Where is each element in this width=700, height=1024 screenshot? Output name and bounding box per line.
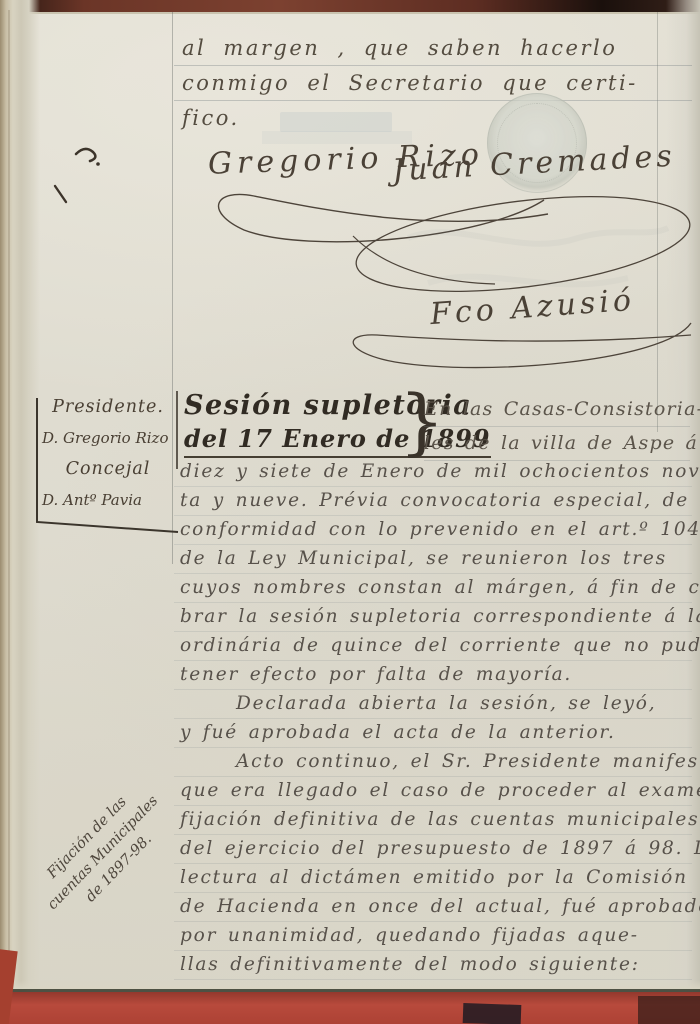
manuscript-line: de la Ley Municipal, se reunieron los tr… xyxy=(174,545,692,574)
officials-margin-note: Presidente. D. Gregorio Rizo Concejal D.… xyxy=(42,392,174,516)
session-heading-line1: Sesión supletoria xyxy=(184,388,414,424)
manuscript-line: cuyos nombres constan al márgen, á fin d… xyxy=(174,574,692,603)
continuation-text: al margen , que saben hacerlo conmigo el… xyxy=(174,31,692,136)
margin-note-line: cuentas Municipales xyxy=(29,777,177,929)
body-intro-column: En las Casas-Consistoria- les de la vill… xyxy=(424,393,690,461)
manuscript-line: por unanimidad, quedando fijadas aque- xyxy=(174,922,692,951)
manuscript-line: llas definitivamente del modo siguiente: xyxy=(174,951,692,980)
cover-dark-patch xyxy=(638,996,700,1024)
manuscript-line: Declarada abierta la sesión, se leyó, xyxy=(174,690,692,719)
manuscript-line: al margen , que saben hacerlo xyxy=(174,31,692,66)
faint-stamp xyxy=(280,112,392,132)
manuscript-line: tener efecto por falta de mayoría. xyxy=(174,661,692,690)
cover-dark-patch xyxy=(463,1003,522,1024)
manuscript-line: conformidad con lo prevenido en el art.º… xyxy=(174,516,692,545)
manuscript-scan: al margen , que saben hacerlo conmigo el… xyxy=(0,0,700,1024)
manuscript-line: En las Casas-Consistoria- xyxy=(424,393,690,427)
manuscript-line: y fué aprobada el acta de la anterior. xyxy=(174,719,692,748)
official-title: Concejal xyxy=(42,454,174,485)
manuscript-line: que era llegado el caso de proceder al e… xyxy=(174,777,692,806)
book-cover-bottom-edge xyxy=(0,992,700,1024)
diagonal-margin-note: Fijación de las cuentas Municipales de 1… xyxy=(13,762,192,945)
manuscript-line: fico. xyxy=(174,101,692,136)
manuscript-line: diez y siete de Enero de mil ochocientos… xyxy=(174,458,692,487)
manuscript-line: lectura al dictámen emitido por la Comis… xyxy=(174,864,692,893)
official-name: D. Antº Pavia xyxy=(42,485,174,516)
official-name: D. Gregorio Rizo xyxy=(42,423,174,454)
binding-shadow-line xyxy=(8,10,10,1020)
book-cover-top-edge xyxy=(0,0,700,14)
manuscript-line: ordinária de quince del corriente que no… xyxy=(174,632,692,661)
manuscript-line: fijación definitiva de las cuentas munic… xyxy=(174,806,692,835)
manuscript-line: ta y nueve. Prévia convocatoria especial… xyxy=(174,487,692,516)
ink-smudge xyxy=(48,140,118,210)
official-title: Presidente. xyxy=(42,392,174,423)
manuscript-line: conmigo el Secretario que certi- xyxy=(174,66,692,101)
manuscript-line: del ejercicio del presupuesto de 1897 á … xyxy=(174,835,692,864)
manuscript-line: brar la sesión supletoria correspondient… xyxy=(174,603,692,632)
manuscript-line: Acto continuo, el Sr. Presidente manifes… xyxy=(174,748,692,777)
manuscript-line: les de la villa de Aspe á xyxy=(424,427,690,461)
manuscript-line: de Hacienda en once del actual, fué apro… xyxy=(174,893,692,922)
body-text: diez y siete de Enero de mil ochocientos… xyxy=(174,458,692,980)
signature-flourish xyxy=(335,305,697,380)
session-heading: Sesión supletoria del 17 Enero de 1899 xyxy=(184,388,414,458)
